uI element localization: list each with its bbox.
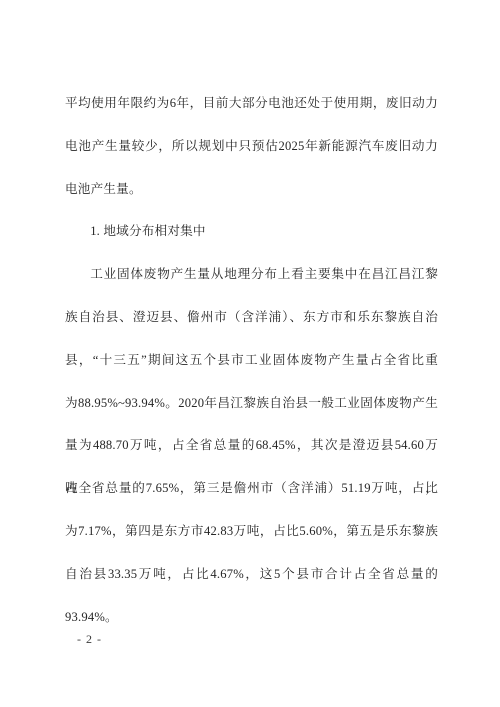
text-line: 族自治县、澄迈县、儋州市（含洋浦）、东方市和乐东黎族自治 (65, 296, 438, 339)
text-line: 93.94%。 (65, 596, 438, 639)
text-line: 自治县33.35万吨，占比4.67%，这5个县市合计占全省总量的 (65, 553, 438, 596)
text-line: 工业固体废物产生量从地理分布上看主要集中在昌江昌江黎 (65, 253, 438, 296)
text-block: 平均使用年限约为6年，目前大部分电池还处于使用期，废旧动力 电池产生量较少，所以… (65, 82, 438, 638)
text-line: 为88.95%~93.94%。2020年昌江黎族自治县一般工业固体废物产生 (65, 382, 438, 425)
text-line: 平均使用年限约为6年，目前大部分电池还处于使用期，废旧动力 (65, 82, 438, 125)
page-number: - 2 - (77, 629, 102, 649)
text-line: 为7.17%，第四是东方市42.83万吨，占比5.60%，第五是乐东黎族 (65, 510, 438, 553)
text-line: 县，“十三五”期间这五个县市工业固体废物产生量占全省比重 (65, 339, 438, 382)
text-line: 量为488.70万吨，占全省总量的68.45%，其次是澄迈县54.60万吨， (65, 424, 438, 467)
document-page: 平均使用年限约为6年，目前大部分电池还处于使用期，废旧动力 电池产生量较少，所以… (0, 0, 500, 707)
section-heading: 1. 地域分布相对集中 (65, 210, 438, 253)
text-line: 电池产生量。 (65, 168, 438, 211)
text-line: 占全省总量的7.65%，第三是儋州市（含洋浦）51.19万吨，占比 (65, 467, 438, 510)
text-line: 电池产生量较少，所以规划中只预估2025年新能源汽车废旧动力 (65, 125, 438, 168)
